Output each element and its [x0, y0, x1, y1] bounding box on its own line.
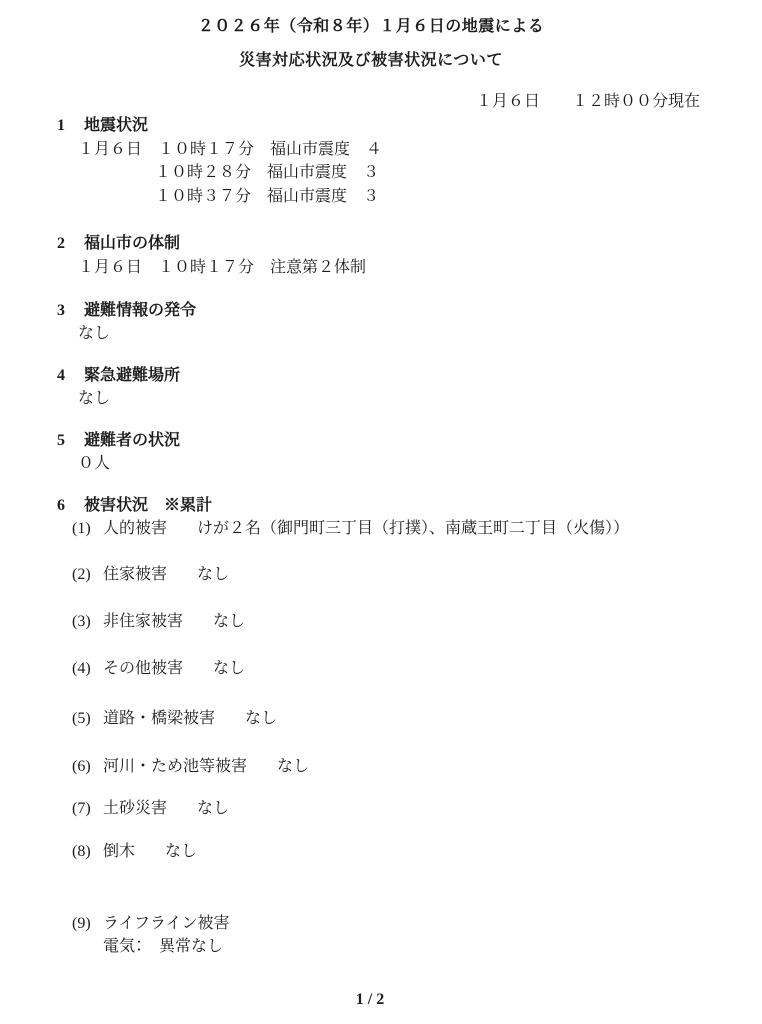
section-city-structure-heading: 2福山市の体制: [57, 233, 180, 255]
damage-item-nonhousing: (3)非住家被害なし: [72, 611, 245, 633]
damage-item-human: (1)人的被害けが２名（御門町三丁目（打撲）、南蔵王町二丁目（火傷））: [72, 518, 629, 540]
earthquake-record-2: １０時２８分 福山市震度 ３: [155, 162, 379, 184]
section-number: 1: [57, 115, 84, 137]
item-label: ライフライン被害: [103, 915, 230, 932]
item-label: 倒木: [103, 843, 135, 860]
earthquake-record-1: １月６日 １０時１７分 福山市震度 ４: [78, 139, 382, 161]
item-number: (2): [72, 564, 103, 586]
item-label: 人的被害: [103, 520, 167, 537]
item-label: 非住家被害: [103, 613, 183, 630]
emergency-shelter-status: なし: [78, 388, 110, 410]
item-value: なし: [197, 566, 229, 583]
item-value: なし: [165, 843, 197, 860]
city-structure-record: １月６日 １０時１７分 注意第２体制: [78, 257, 366, 279]
item-value: なし: [213, 613, 245, 630]
as-of-timestamp: １月６日 １２時００分現在: [476, 91, 700, 113]
item-number: (3): [72, 611, 103, 633]
section-emergency-shelter-heading: 4緊急避難場所: [57, 365, 180, 387]
item-value: なし: [245, 710, 277, 727]
section-number: 3: [57, 300, 84, 322]
item-number: (6): [72, 756, 103, 778]
item-label: その他被害: [103, 660, 183, 677]
section-number: 2: [57, 233, 84, 255]
item-number: (5): [72, 708, 103, 730]
item-number: (8): [72, 841, 103, 863]
section-heading-label: 福山市の体制: [84, 235, 180, 252]
damage-item-other: (4)その他被害なし: [72, 658, 245, 680]
item-value: なし: [277, 758, 309, 775]
damage-item-rivers-ponds: (6)河川・ため池等被害なし: [72, 756, 309, 778]
section-number: 4: [57, 365, 84, 387]
item-value: なし: [213, 660, 245, 677]
report-page: ２０２６年（令和８年）１月６日の地震による 災害対応状況及び被害状況について １…: [0, 0, 762, 1024]
report-title-line1: ２０２６年（令和８年）１月６日の地震による: [0, 16, 742, 38]
section-earthquake-heading: 1地震状況: [57, 115, 148, 137]
section-number: 6: [57, 495, 84, 517]
item-label: 道路・橋梁被害: [103, 710, 215, 727]
page-number: 1 / 2: [0, 989, 740, 1011]
section-evacuees-heading: 5避難者の状況: [57, 430, 180, 452]
damage-item-lifeline: (9)ライフライン被害: [72, 913, 230, 935]
item-number: (9): [72, 913, 103, 935]
item-number: (7): [72, 798, 103, 820]
section-heading-label: 被害状況 ※累計: [84, 497, 212, 514]
item-value: けが２名（御門町三丁目（打撲）、南蔵王町二丁目（火傷））: [197, 520, 629, 537]
item-number: (1): [72, 518, 103, 540]
section-number: 5: [57, 430, 84, 452]
evacuation-info-status: なし: [78, 323, 110, 345]
section-heading-label: 避難者の状況: [84, 432, 180, 449]
damage-item-landslide: (7)土砂災害なし: [72, 798, 229, 820]
section-damage-heading: 6被害状況 ※累計: [57, 495, 212, 517]
section-heading-label: 緊急避難場所: [84, 367, 180, 384]
evacuees-count: ０人: [78, 453, 110, 475]
report-title-line2: 災害対応状況及び被害状況について: [0, 50, 742, 72]
earthquake-record-3: １０時３７分 福山市震度 ３: [155, 186, 379, 208]
item-number: (4): [72, 658, 103, 680]
section-heading-label: 地震状況: [84, 117, 148, 134]
item-label: 土砂災害: [103, 800, 167, 817]
item-value: なし: [197, 800, 229, 817]
damage-item-fallen-trees: (8)倒木なし: [72, 841, 197, 863]
section-evacuation-info-heading: 3避難情報の発令: [57, 300, 196, 322]
section-heading-label: 避難情報の発令: [84, 302, 196, 319]
item-label: 住家被害: [103, 566, 167, 583]
damage-item-housing: (2)住家被害なし: [72, 564, 229, 586]
item-label: 河川・ため池等被害: [103, 758, 247, 775]
lifeline-electricity-status: 電気： 異常なし: [103, 936, 223, 958]
damage-item-roads-bridges: (5)道路・橋梁被害なし: [72, 708, 277, 730]
